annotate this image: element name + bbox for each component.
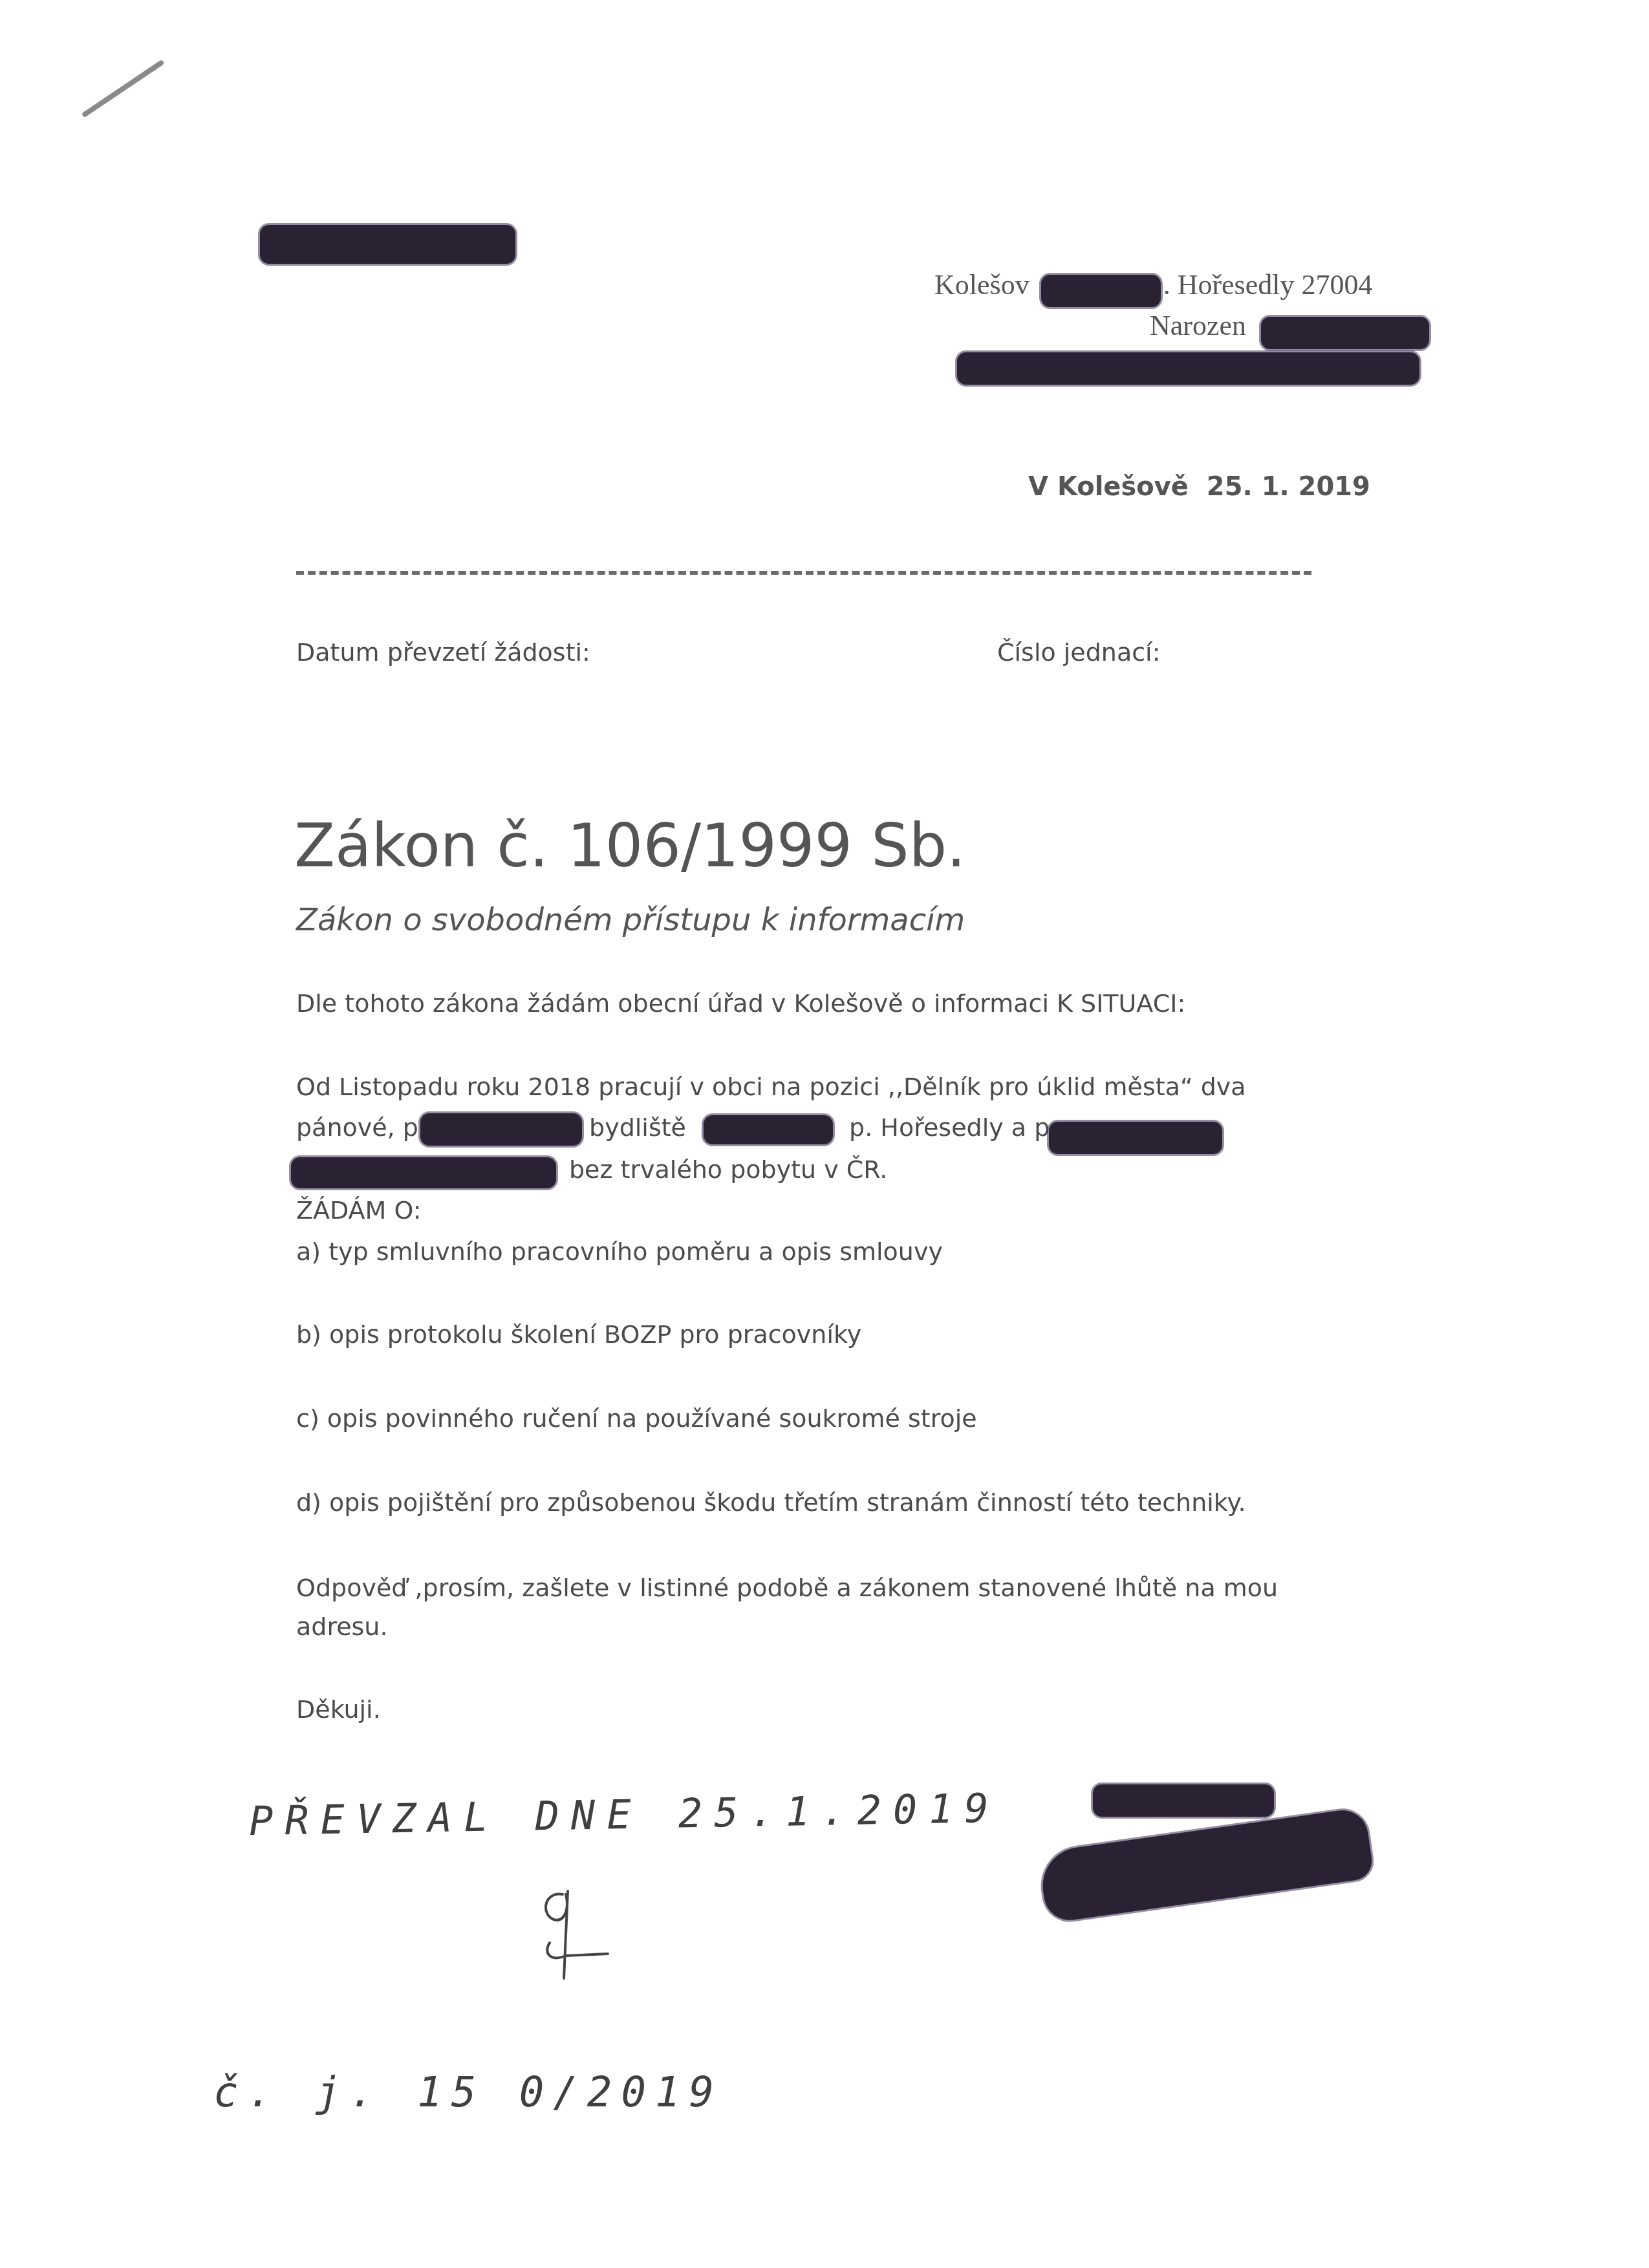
address-suffix: . Hořesedly 27004 xyxy=(1163,269,1373,301)
redacted-worker-2-name-a xyxy=(1049,1122,1222,1154)
request-item-c: c) opis povinného ručení na používané so… xyxy=(296,1406,977,1431)
handwritten-received-note: PŘEVZAL DNE 25.1.2019 xyxy=(248,1784,1000,1845)
separator-line xyxy=(296,571,1311,575)
born-label: Narozen xyxy=(1150,309,1246,342)
law-title: Zákon č. 106/1999 Sb. xyxy=(294,811,965,881)
response-line-1: Odpověď ,prosím, zašlete v listinné podo… xyxy=(296,1576,1278,1600)
handwritten-reference-number: č. j. 15 0/2019 xyxy=(213,2069,723,2117)
redacted-signature-name xyxy=(1093,1784,1274,1817)
address-prefix: Kolešov xyxy=(934,269,1029,301)
pencil-mark xyxy=(81,59,165,118)
redacted-worker-2-name-b xyxy=(291,1157,556,1188)
handwritten-signature xyxy=(537,1881,653,1991)
redacted-address-line xyxy=(957,352,1419,385)
request-item-b: b) opis protokolu školení BOZP pro praco… xyxy=(296,1322,861,1347)
request-item-a: a) typ smluvního pracovního poměru a opi… xyxy=(296,1239,943,1264)
place-and-date: V Kolešově 25. 1. 2019 xyxy=(1028,472,1370,502)
reference-number-label: Číslo jednací: xyxy=(997,640,1160,665)
situation-line-2-c: p. Hořesedly a p. xyxy=(849,1113,1057,1142)
situation-line-2-a: pánové, p. xyxy=(296,1113,426,1142)
request-heading: ŽÁDÁM O: xyxy=(296,1198,422,1223)
situation-line-2: pánové, p. bydliště p. Hořesedly a p. xyxy=(296,1115,1057,1140)
situation-line-1: Od Listopadu roku 2018 pracují v obci na… xyxy=(296,1075,1246,1099)
situation-line-3: bez trvalého pobytu v ČR. xyxy=(569,1157,887,1182)
redacted-sender-name xyxy=(260,225,515,264)
redacted-address-number xyxy=(1041,275,1161,307)
redacted-worker-1-address xyxy=(704,1115,833,1144)
response-line-2: adresu. xyxy=(296,1614,388,1639)
thanks-line: Děkuji. xyxy=(296,1697,381,1722)
intro-paragraph: Dle tohoto zákona žádám obecní úřad v Ko… xyxy=(296,991,1185,1016)
redacted-signature xyxy=(1038,1807,1374,1923)
redacted-worker-1-name xyxy=(420,1113,582,1146)
request-item-d: d) opis pojištění pro způsobenou škodu t… xyxy=(296,1490,1246,1515)
situation-line-2-b: bydliště xyxy=(589,1113,686,1142)
received-date-label: Datum převzetí žádosti: xyxy=(296,640,590,665)
law-subtitle: Zákon o svobodném přístupu k informacím xyxy=(296,902,965,938)
redacted-birth-date xyxy=(1261,317,1429,349)
